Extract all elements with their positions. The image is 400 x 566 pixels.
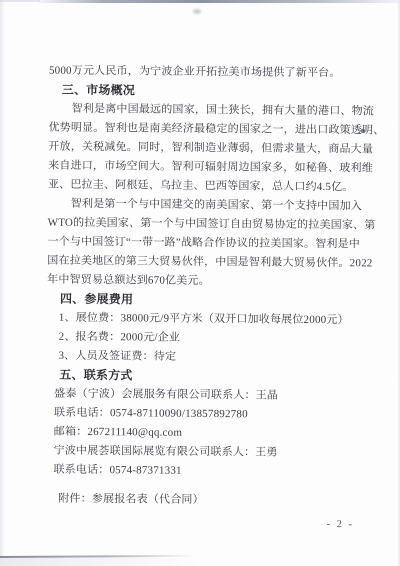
scan-top-edge-left-artifact (0, 0, 40, 2)
page-number: - 2 - (45, 513, 366, 535)
scanned-document-page: 5000万元人民币，为宁波企业开拓拉美市场提供了新平台。 三、市场概况 智利是离… (0, 0, 400, 566)
scan-left-edge-artifact (0, 0, 5, 566)
scan-top-edge-artifact (38, 0, 400, 3)
attachment-note: 附件：参展报名表（代合同） (45, 490, 366, 512)
scan-bottom-strip-artifact (0, 558, 200, 566)
document-text: 5000万元人民币，为宁波企业开拓拉美市场提供了新平台。 三、市场概况 智利是离… (45, 62, 370, 535)
scan-smudge-artifact (193, 9, 201, 14)
contact-phone-2: 联系电话：0574-87371331 (45, 461, 366, 483)
